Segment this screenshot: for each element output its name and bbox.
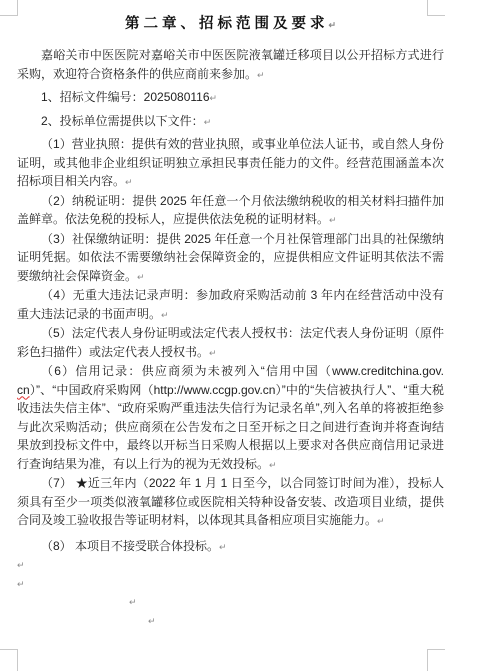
- paragraph-mark-icon: ↵: [137, 272, 145, 282]
- list-item-1: 1、招标文件编号：2025080116↵: [17, 88, 444, 108]
- requirement-4: （4）无重大违法记录声明：参加政府采购活动前 3 年内在经营活动中没有重大违法记…: [17, 286, 444, 324]
- intro-text: 嘉峪关市中医医院对嘉峪关市中医医院液氧罐迁移项目以公开招标方式进行采购，欢迎符合…: [17, 48, 444, 81]
- empty-paragraph: ↵: [17, 612, 444, 631]
- chapter-title-text: 第二章、招标范围及要求: [125, 16, 329, 32]
- document-body: 第二章、招标范围及要求↵ 嘉峪关市中医医院对嘉峪关市中医医院液氧罐迁移项目以公开…: [17, 13, 444, 630]
- empty-paragraph: ↵: [17, 593, 444, 612]
- requirement-1: （1）营业执照：提供有效的营业执照，或事业单位法人证书，或自然人身份证明，或其他…: [17, 135, 444, 192]
- chapter-title: 第二章、招标范围及要求↵: [17, 13, 444, 37]
- requirement-2: （2）纳税证明：提供 2025 年任意一个月依法缴纳税收的相关材料扫描件加盖鲜章…: [17, 192, 444, 230]
- requirement-8: （8） 本项目不接受联合体投标。↵: [17, 537, 444, 557]
- paragraph-mark-icon: ↵: [129, 597, 137, 607]
- paragraph-mark-icon: ↵: [328, 20, 336, 30]
- requirement-3: （3）社保缴纳证明：提供 2025 年任意一个月社保管理部门出具的社保缴纳证明凭…: [17, 230, 444, 287]
- requirement-4-text: （4）无重大违法记录声明：参加政府采购活动前 3 年内在经营活动中没有重大违法记…: [17, 288, 444, 321]
- paragraph-mark-icon: ↵: [269, 460, 277, 470]
- paragraph-mark-icon: ↵: [209, 348, 217, 358]
- paragraph-mark-icon: ↵: [377, 516, 385, 526]
- requirement-6: （6）信用记录：供应商须为未被列入“信用中国（www.creditchina.g…: [17, 362, 444, 474]
- empty-paragraph: ↵: [17, 575, 444, 594]
- requirement-8-text: （8） 本项目不接受联合体投标。: [41, 539, 219, 553]
- list-item-2-text: 2、投标单位需提供以下文件：: [41, 114, 204, 128]
- paragraph-mark-icon: ↵: [257, 70, 265, 80]
- empty-paragraph: ↵: [17, 556, 444, 575]
- paragraph-mark-icon: ↵: [148, 616, 156, 626]
- paragraph-mark-icon: ↵: [204, 117, 212, 127]
- requirement-5: （5）法定代表人身份证明或法定代表人授权书：法定代表人身份证明（原件彩色扫描件）…: [17, 324, 444, 362]
- requirement-3-text: （3）社保缴纳证明：提供 2025 年任意一个月社保管理部门出具的社保缴纳证明凭…: [17, 232, 444, 283]
- requirement-1-text: （1）营业执照：提供有效的营业执照，或事业单位法人证书，或自然人身份证明，或其他…: [17, 137, 444, 188]
- requirement-2-text: （2）纳税证明：提供 2025 年任意一个月依法缴纳税收的相关材料扫描件加盖鲜章…: [17, 194, 444, 227]
- paragraph-mark-icon: ↵: [125, 177, 133, 187]
- document-page: 第二章、招标范围及要求↵ 嘉峪关市中医医院对嘉峪关市中医医院液氧罐迁移项目以公开…: [0, 0, 500, 671]
- crop-mark-top-left: [0, 0, 18, 16]
- paragraph-mark-icon: ↵: [17, 560, 25, 570]
- requirement-6-text-after: ）”、“中国政府采购网（http://www.ccgp.gov.cn）”中的“失…: [17, 383, 444, 471]
- list-item-2: 2、投标单位需提供以下文件：↵: [17, 112, 444, 132]
- requirement-6-text-before: （6）信用记录：供应商须为未被列入“信用中国（www.creditchina.g…: [41, 364, 444, 378]
- intro-paragraph: 嘉峪关市中医医院对嘉峪关市中医医院液氧罐迁移项目以公开招标方式进行采购，欢迎符合…: [17, 46, 444, 84]
- paragraph-mark-icon: ↵: [219, 542, 227, 552]
- paragraph-mark-icon: ↵: [161, 310, 169, 320]
- list-item-1-text: 1、招标文件编号：2025080116: [41, 90, 210, 104]
- spellcheck-flagged-text: cn: [17, 383, 30, 397]
- requirement-7: （7） ★近三年内（2022 年 1 月 1 日至今，以合同签订时间为准），投标…: [17, 474, 444, 531]
- requirement-5-text: （5）法定代表人身份证明或法定代表人授权书：法定代表人身份证明（原件彩色扫描件）…: [17, 326, 444, 359]
- paragraph-mark-icon: ↵: [17, 579, 25, 589]
- paragraph-mark-icon: ↵: [210, 93, 218, 103]
- crop-mark-bottom-left: [0, 649, 18, 671]
- crop-mark-bottom-right: [427, 649, 445, 671]
- paragraph-mark-icon: ↵: [329, 215, 337, 225]
